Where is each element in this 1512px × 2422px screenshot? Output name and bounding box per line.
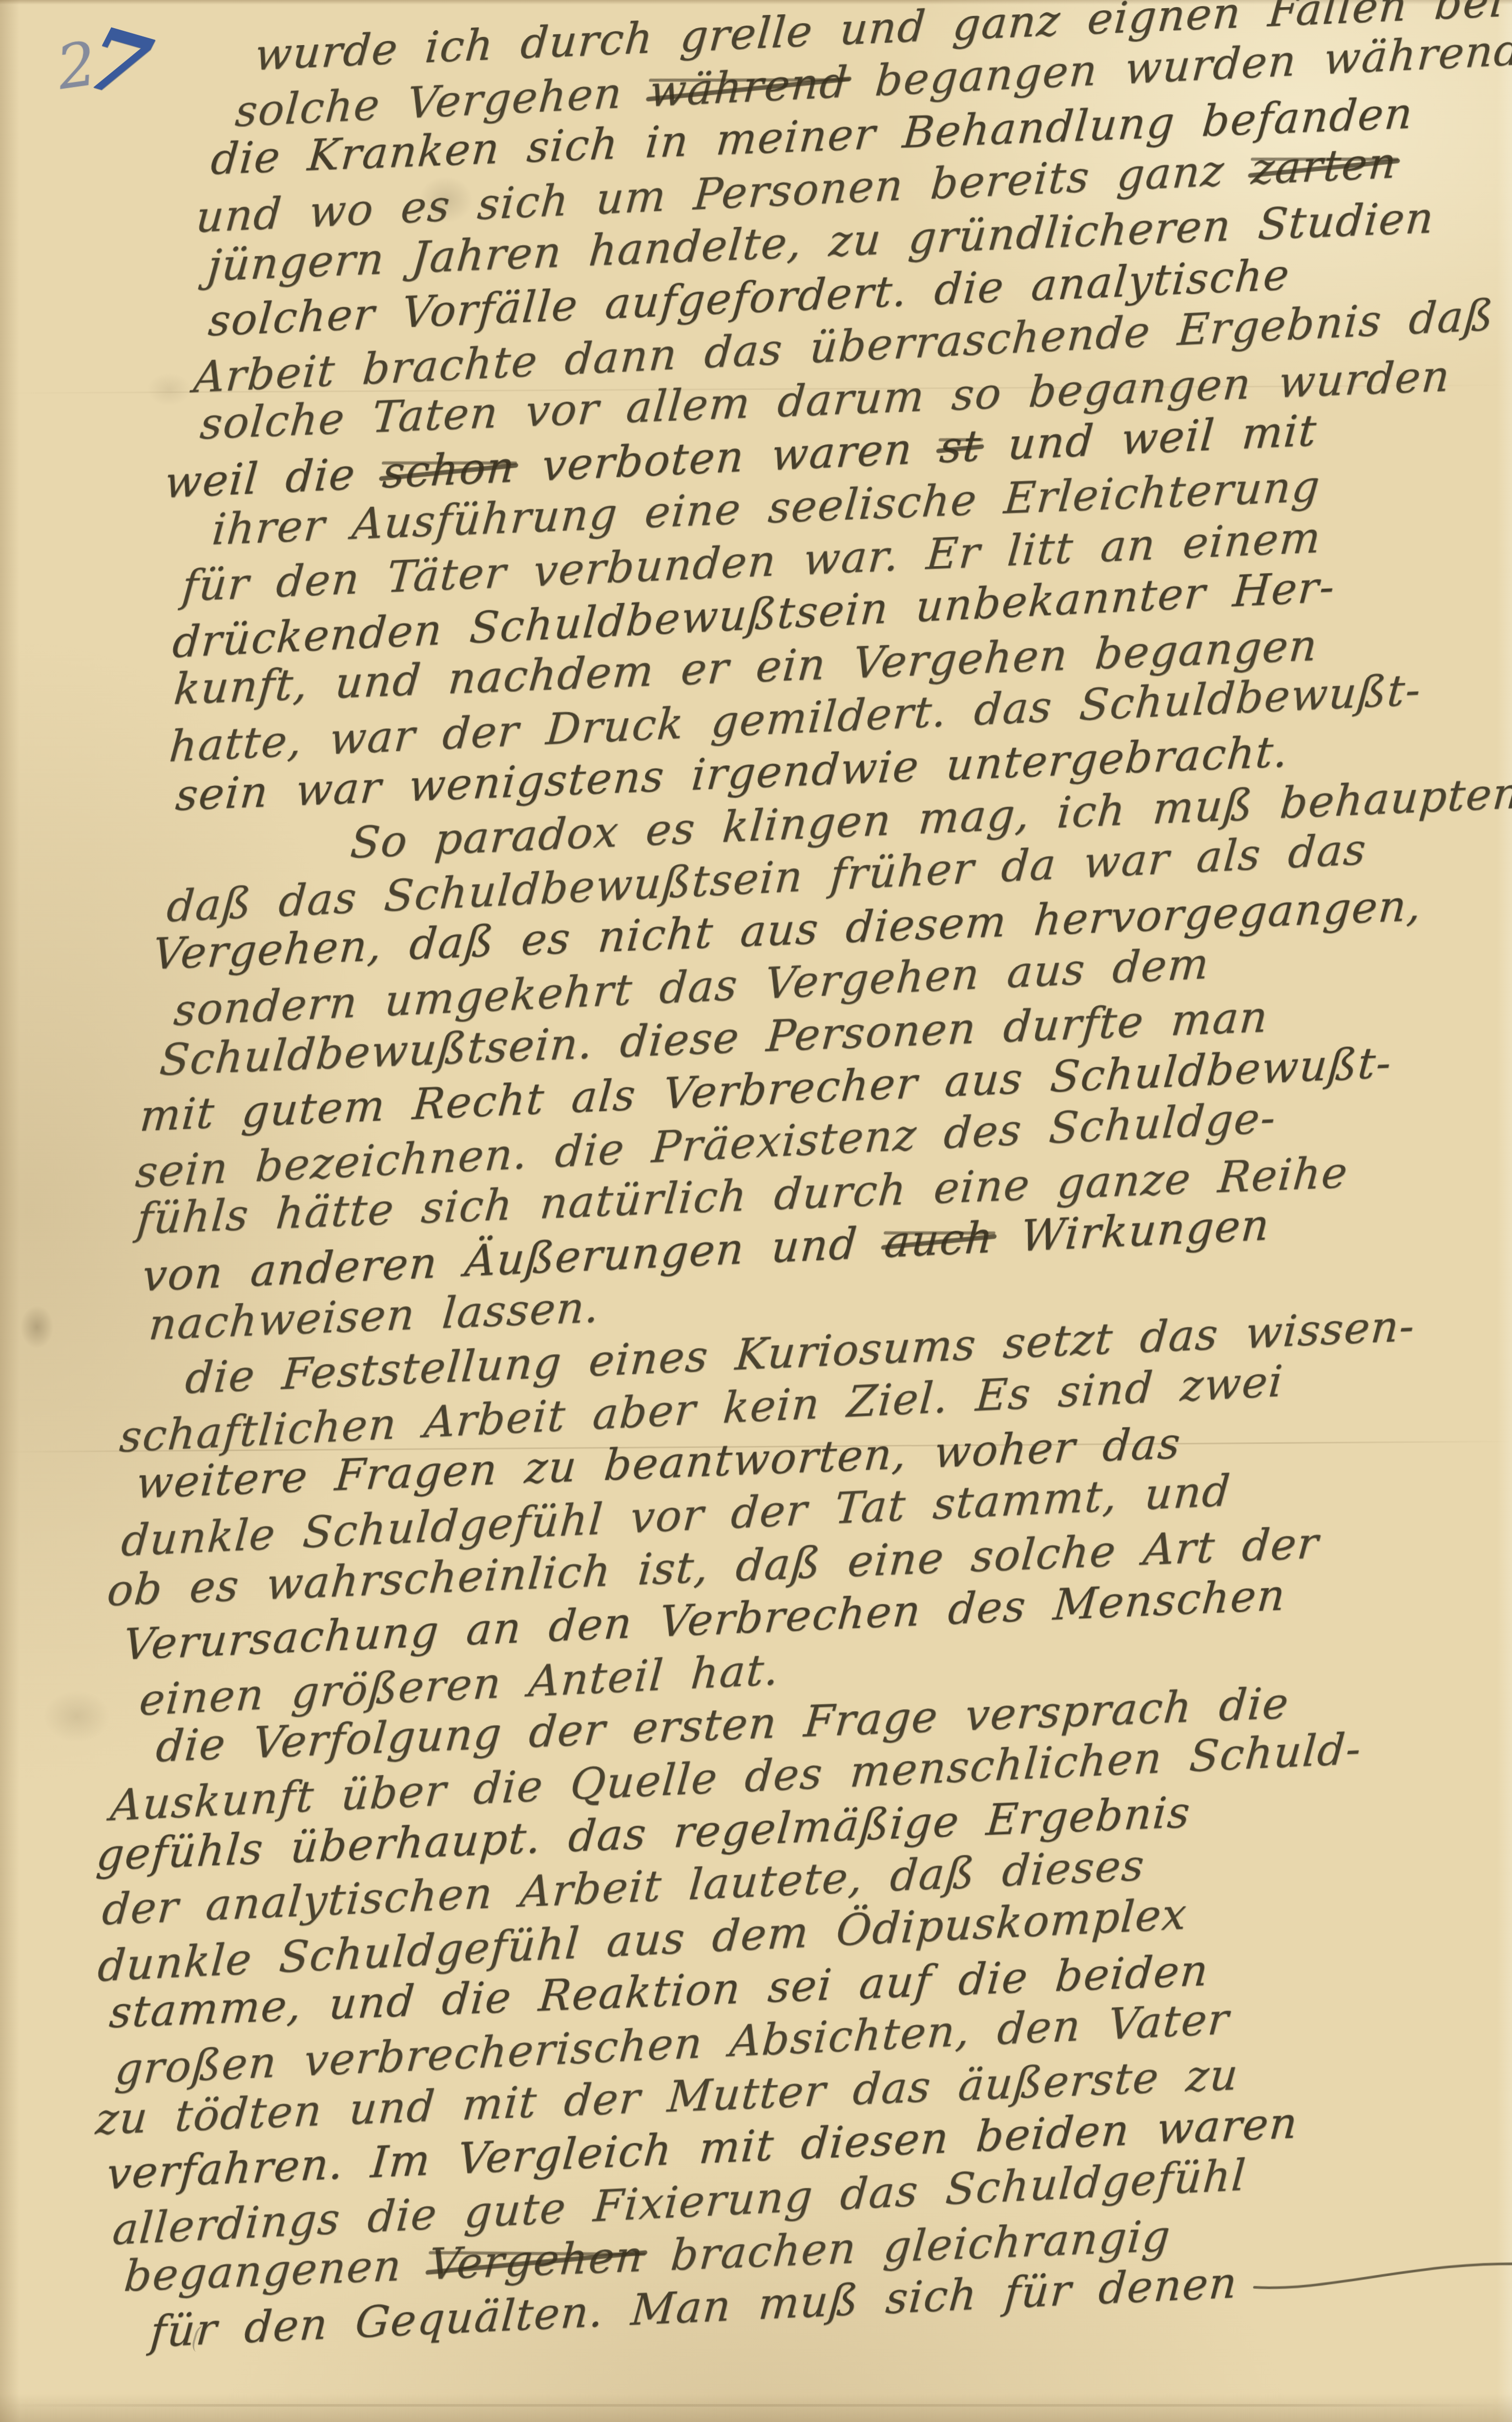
struck-out-word: während (648, 57, 850, 117)
paragraph: die Verfolgung der ersten Frage versprac… (36, 1672, 1349, 2362)
struck-out-word: Vergehen (427, 2231, 646, 2290)
paragraph: die Feststellung eines Kuriosums setzt d… (87, 1301, 1378, 1726)
struck-out-word: st (938, 420, 983, 472)
handwriting-segment: Wirkungen (992, 1199, 1272, 1262)
paragraph: So paradox es klingen mag, ich muß behau… (116, 771, 1420, 1355)
struck-out-word: zarten (1250, 137, 1399, 194)
manuscript-page: 27 wurde ich durch grelle und ganz eigne… (0, 0, 1512, 2422)
pen-flourish (1251, 2253, 1512, 2297)
struck-out-word: auch (883, 1212, 996, 1267)
struck-out-word: schon (381, 442, 517, 498)
handwritten-text-block: wurde ich durch grelle und ganz eignen F… (36, 0, 1483, 2362)
paragraph: wurde ich durch grelle und ganz eignen F… (158, 0, 1483, 825)
handwriting-segment: begangenen (122, 2239, 431, 2301)
paper-edge-shadow (0, 2404, 1512, 2407)
page-number: 27 (57, 13, 151, 99)
